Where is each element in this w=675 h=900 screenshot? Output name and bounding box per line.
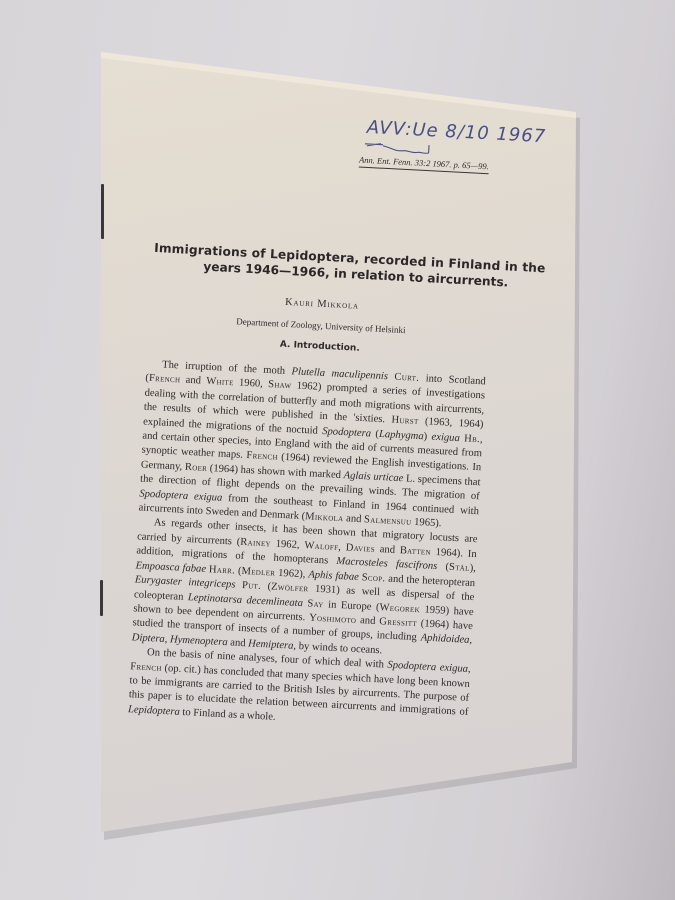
author-reference: Yoshimoto <box>309 612 357 625</box>
italic-term: Hemiptera <box>248 638 294 651</box>
author-reference: Gressitt <box>379 616 417 629</box>
italic-term: Hymenoptera <box>170 634 228 648</box>
italic-term: Spodoptera <box>322 426 371 440</box>
author-reference: French <box>149 373 181 386</box>
author-reference: Hurst <box>391 415 419 427</box>
italic-term: Leptinotarsa decemlineata <box>188 592 304 609</box>
author-reference: Wegorek <box>379 602 420 615</box>
italic-term: Eurygaster integriceps <box>135 574 236 590</box>
italic-term: Lepidoptera <box>128 704 180 718</box>
author-reference: French <box>130 661 162 674</box>
author-reference: Batten <box>400 545 432 558</box>
author-reference: Say <box>307 598 324 610</box>
italic-term: Plutella maculipennis <box>291 366 388 382</box>
italic-term: exigua <box>431 431 460 443</box>
author-reference: Davies <box>345 542 375 555</box>
staple-top <box>101 184 104 239</box>
author-reference: Scop. <box>361 572 385 584</box>
author-reference: Shaw <box>268 379 292 391</box>
author-reference: Harr. <box>209 564 236 576</box>
author-reference: Put. <box>242 580 262 592</box>
author-reference: Roer <box>185 462 208 474</box>
staple-bottom <box>100 580 103 616</box>
italic-term: Macrosteles fascifrons <box>336 556 437 572</box>
italic-term: Empoasca fabae <box>135 560 206 575</box>
author-reference: Stål <box>449 562 470 574</box>
italic-term: Aphis fabae <box>308 569 359 583</box>
author-reference: White <box>206 376 234 388</box>
italic-term: Aphidoidea <box>420 633 469 647</box>
paragraph: The irruption of the moth Plutella macul… <box>138 358 486 534</box>
body-text: The irruption of the moth Plutella macul… <box>128 358 486 735</box>
author-reference: Medler <box>241 566 275 579</box>
paragraph: As regards other insects, it has been sh… <box>131 516 477 663</box>
author-reference: Waloff <box>304 540 339 553</box>
author-reference: Curt. <box>394 372 419 384</box>
author-reference: Hb. <box>464 433 480 445</box>
author-reference: French <box>246 450 278 463</box>
author-reference: Rainey <box>240 537 271 550</box>
italic-term: Laphygma <box>379 429 424 442</box>
author-reference: Mikkola <box>305 511 344 524</box>
italic-term: Diptera <box>132 632 165 645</box>
italic-term: Aglais urticae <box>343 470 403 484</box>
italic-term: Spodoptera exigua <box>387 660 468 675</box>
italic-term: Spodoptera exigua <box>139 488 222 503</box>
author-reference: Salmensuu <box>364 514 412 527</box>
author-reference: Zwölfer <box>271 582 309 595</box>
